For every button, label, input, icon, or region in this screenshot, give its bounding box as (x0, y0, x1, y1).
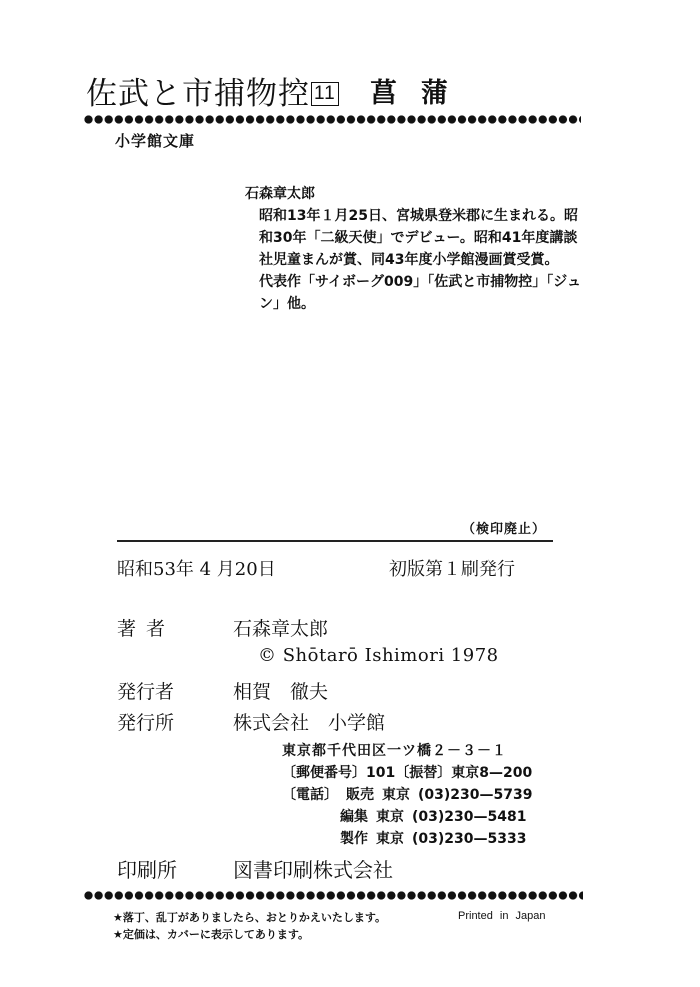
phone-row-sales: 〔電話〕販売東京(03)230—5739 (282, 784, 532, 806)
copyright-line: © Shōtarō Ishimori 1978 (258, 645, 499, 666)
publisher-label: 発行者 (117, 677, 174, 704)
phone-city: 東京 (376, 831, 404, 847)
phone-city: 東京 (376, 809, 404, 825)
volume-subtitle: 菖蒲 (370, 74, 472, 114)
edition-info: 初版第１刷発行 (389, 555, 515, 581)
publishing-house-name: 株式会社 小学館 (233, 708, 385, 735)
series-title: 佐武と市捕物控 (86, 76, 310, 112)
printer-name: 図書印刷株式会社 (233, 854, 393, 883)
bio-author-name: 石森章太郎 (245, 183, 585, 205)
replacement-note: ★落丁、乱丁がありましたら、おとりかえいたします。 (113, 910, 386, 926)
phone-number: (03)230—5481 (412, 809, 526, 825)
phone-number: (03)230—5333 (412, 831, 526, 847)
volume-number-box: 11 (311, 82, 339, 106)
phone-label: 〔電話〕 (282, 787, 338, 803)
phone-city: 東京 (382, 787, 410, 803)
phone-row-editorial: 編集東京(03)230—5481 (340, 806, 526, 828)
printer-label: 印刷所 (117, 854, 177, 883)
address-street: 東京都千代田区一ツ橋２－３－１ (282, 740, 507, 762)
seal-abolished-note: （検印廃止） (462, 518, 546, 537)
phone-dept: 編集 (340, 809, 368, 825)
phone-row-production: 製作東京(03)230—5333 (340, 828, 526, 850)
publisher-name: 相賀 徹夫 (233, 677, 328, 704)
horizontal-rule (117, 540, 553, 542)
dotted-rule-bottom (84, 891, 583, 900)
publication-date: 昭和53年 4 月20日 (117, 555, 276, 581)
bio-paragraph-2: 代表作「サイボーグ009」「佐武と市捕物控」「ジュン」他。 (245, 271, 585, 315)
author-label: 著者 (117, 614, 175, 641)
bio-paragraph-1: 昭和13年１月25日、宮城県登米郡に生まれる。昭和30年「二級天使」でデビュー。… (245, 205, 585, 271)
dotted-rule-top (84, 115, 581, 124)
address-postal: 〔郵便番号〕101〔振替〕東京8—200 (282, 762, 532, 784)
book-title: 佐武と市捕物控11 (86, 74, 339, 114)
author-name: 石森章太郎 (233, 614, 328, 641)
author-bio: 石森章太郎 昭和13年１月25日、宮城県登米郡に生まれる。昭和30年「二級天使」… (245, 183, 585, 315)
phone-dept: 販売 (346, 787, 374, 803)
imprint-label: 小学館文庫 (115, 130, 195, 151)
phone-number: (03)230—5739 (418, 787, 532, 803)
phone-dept: 製作 (340, 831, 368, 847)
publishing-house-label: 発行所 (117, 708, 174, 735)
price-note: ★定価は、カバーに表示してあります。 (113, 927, 309, 943)
printed-in-japan: Printed in Japan (458, 910, 546, 922)
